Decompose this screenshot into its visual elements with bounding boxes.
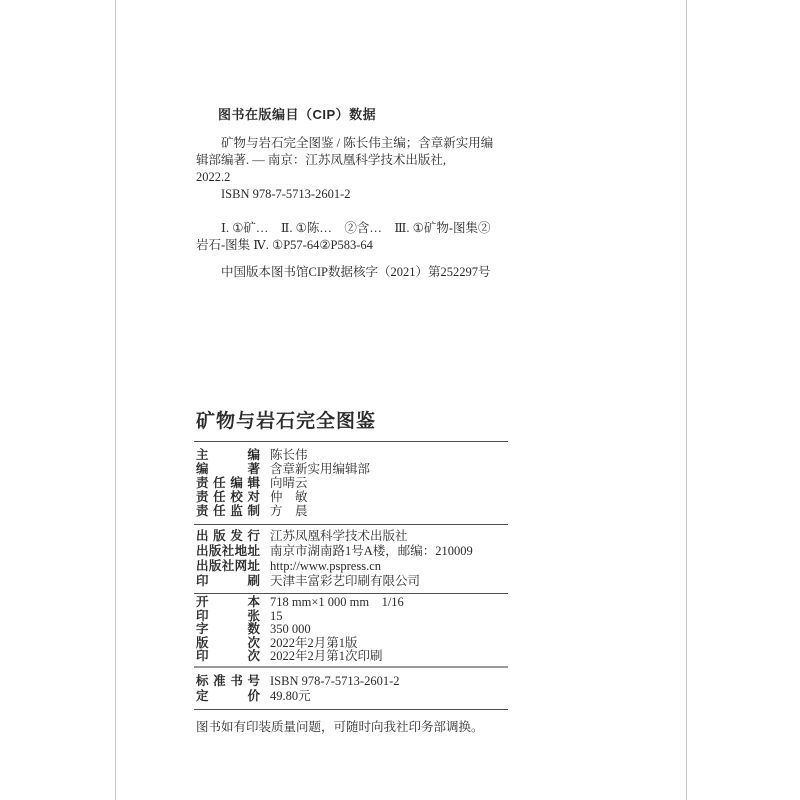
row-value: 陈长伟 <box>270 448 308 462</box>
cip-description-line: 2022.2 <box>196 169 608 186</box>
row-value: http://www.pspress.cn <box>270 559 381 574</box>
row-label: 印刷 <box>196 574 260 589</box>
row-value: 南京市湖南路1号A楼，邮编：210009 <box>270 544 473 559</box>
publishing-row: 出版社网址 http://www.pspress.cn <box>196 559 508 574</box>
row-label: 责任编辑 <box>196 476 260 490</box>
row-label: 版次 <box>196 637 260 651</box>
cip-record-number: 中国版本图书馆CIP数据核字（2021）第252297号 <box>196 264 608 281</box>
row-value: 方 晨 <box>270 504 308 518</box>
row-label: 字数 <box>196 623 260 637</box>
specs-row: 印次 2022年2月第1次印刷 <box>196 650 508 664</box>
credits-row: 编著 含章新实用编辑部 <box>196 462 508 476</box>
cip-classification-line: 岩石-图集 Ⅳ. ①P57-64②P583-64 <box>196 237 608 254</box>
divider <box>194 709 508 710</box>
book-title: 矿物与岩石完全图鉴 <box>194 410 508 434</box>
row-label: 出版发行 <box>196 529 260 544</box>
page-edge-left-line <box>115 0 116 800</box>
credits-row: 责任编辑 向晴云 <box>196 476 508 490</box>
row-label: 印张 <box>196 610 260 624</box>
specs-row: 字数 350 000 <box>196 623 508 637</box>
row-value: 15 <box>270 610 283 624</box>
row-value: 2022年2月第1次印刷 <box>270 650 383 664</box>
specs-row: 印张 15 <box>196 610 508 624</box>
publishing-row: 出版发行 江苏凤凰科学技术出版社 <box>196 529 508 544</box>
row-value: 含章新实用编辑部 <box>270 462 370 476</box>
row-value: 仲 敏 <box>270 490 308 504</box>
row-label: 责任校对 <box>196 490 260 504</box>
credits-row: 主编 陈长伟 <box>196 448 508 462</box>
row-value: 718 mm×1 000 mm 1/16 <box>270 596 404 610</box>
price-row: 定价 49.80元 <box>196 689 508 704</box>
credits-row: 责任监制 方 晨 <box>196 504 508 518</box>
publishing-row: 出版社地址 南京市湖南路1号A楼，邮编：210009 <box>196 544 508 559</box>
credits-row: 责任校对 仲 敏 <box>196 490 508 504</box>
row-label: 出版社地址 <box>196 544 260 559</box>
row-label: 开本 <box>196 596 260 610</box>
row-value: 向晴云 <box>270 476 308 490</box>
row-value: 天津丰富彩艺印刷有限公司 <box>270 574 420 589</box>
page-edge-right-line <box>686 0 687 800</box>
row-label: 出版社网址 <box>196 559 260 574</box>
cip-description-line: 辑部编著. — 南京：江苏凤凰科学技术出版社, <box>196 152 608 169</box>
publishing-section: 出版发行 江苏凤凰科学技术出版社 出版社地址 南京市湖南路1号A楼，邮编：210… <box>194 525 508 593</box>
row-value: ISBN 978-7-5713-2601-2 <box>270 674 400 689</box>
row-label: 责任监制 <box>196 504 260 518</box>
isbn-price-section: 标准书号 ISBN 978-7-5713-2601-2 定价 49.80元 <box>194 668 508 709</box>
row-label: 标准书号 <box>196 674 260 689</box>
row-value: 2022年2月第1版 <box>270 637 358 651</box>
cip-header: 图书在版编目（CIP）数据 <box>196 106 608 123</box>
quality-note: 图书如有印装质量问题，可随时向我社印务部调换。 <box>194 719 508 735</box>
cip-classification-line: Ⅰ. ①矿… Ⅱ. ①陈… ②含… Ⅲ. ①矿物-图集② <box>196 220 608 237</box>
specs-row: 开本 718 mm×1 000 mm 1/16 <box>196 596 508 610</box>
row-label: 印次 <box>196 650 260 664</box>
publishing-row: 印刷 天津丰富彩艺印刷有限公司 <box>196 574 508 589</box>
row-value: 350 000 <box>270 623 311 637</box>
row-label: 主编 <box>196 448 260 462</box>
credits-section: 主编 陈长伟 编著 含章新实用编辑部 责任编辑 向晴云 责任校对 仲 敏 责任监… <box>194 442 508 524</box>
row-label: 定价 <box>196 689 260 704</box>
isbn-row: 标准书号 ISBN 978-7-5713-2601-2 <box>196 674 508 689</box>
cip-isbn: ISBN 978-7-5713-2601-2 <box>196 186 608 203</box>
specs-row: 版次 2022年2月第1版 <box>196 637 508 651</box>
row-value: 江苏凤凰科学技术出版社 <box>270 529 408 544</box>
specs-section: 开本 718 mm×1 000 mm 1/16 印张 15 字数 350 000… <box>194 594 508 666</box>
cip-description-line: 矿物与岩石完全图鉴 / 陈长伟主编；含章新实用编 <box>196 135 608 152</box>
cip-block: 图书在版编目（CIP）数据 矿物与岩石完全图鉴 / 陈长伟主编；含章新实用编 辑… <box>196 106 608 281</box>
row-value: 49.80元 <box>270 689 311 704</box>
copyright-page: 图书在版编目（CIP）数据 矿物与岩石完全图鉴 / 陈长伟主编；含章新实用编 辑… <box>0 0 800 800</box>
colophon-block: 矿物与岩石完全图鉴 主编 陈长伟 编著 含章新实用编辑部 责任编辑 向晴云 责任… <box>194 410 508 735</box>
row-label: 编著 <box>196 462 260 476</box>
